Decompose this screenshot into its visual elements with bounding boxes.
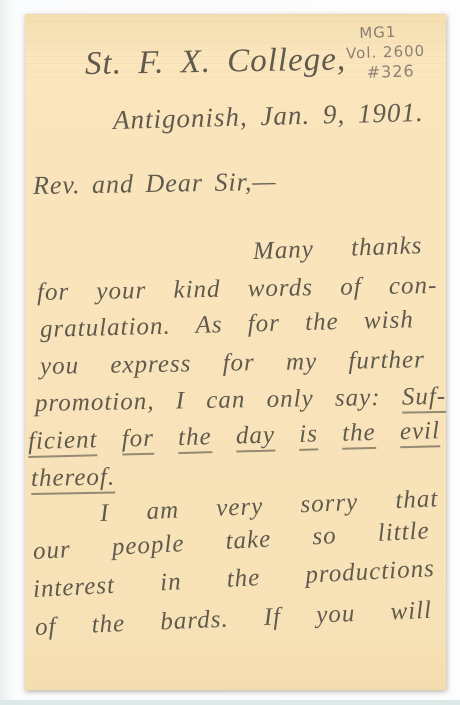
- letter-line-text: you express for my further: [40, 346, 425, 380]
- underlined-word: is: [299, 420, 318, 450]
- underlined-word: for: [121, 425, 154, 456]
- letter-body: Many thanksfor your kind words of con-gr…: [25, 14, 446, 690]
- underlined-word: day: [236, 422, 276, 453]
- underlined-word: thereof.: [31, 464, 116, 495]
- letter-line: Many thanks: [253, 232, 423, 265]
- letter-line-text: promotion, I can only say:: [35, 384, 402, 417]
- underlined-word: evil: [400, 417, 441, 448]
- letter-line-text: gratulation. As for the wish: [40, 306, 414, 343]
- letter-line: for your kind words of con-: [37, 272, 438, 306]
- letter-line: of the bards. If you will: [34, 597, 432, 642]
- letter-line: you express for my further: [40, 346, 425, 380]
- letter-line: promotion, I can only say: Suf-: [35, 383, 447, 418]
- letter-paper: MG1 Vol. 2600 #326 St. F. X. College, An…: [25, 14, 446, 690]
- letter-line-text: of the bards. If you will: [34, 597, 432, 641]
- scan-background: MG1 Vol. 2600 #326 St. F. X. College, An…: [0, 0, 460, 705]
- underlined-word: the: [342, 419, 376, 450]
- letter-line: gratulation. As for the wish: [40, 306, 414, 343]
- scan-edge: [0, 700, 460, 705]
- letter-line-text: Many thanks: [253, 232, 423, 265]
- letter-line-text: for your kind words of con-: [37, 272, 438, 306]
- underlined-word: ficient: [28, 426, 98, 458]
- underlined-word: Suf-: [402, 383, 447, 414]
- letter-line: thereof.: [31, 464, 116, 493]
- underlined-word: the: [178, 423, 212, 454]
- letter-line: ficient for the day is the evil: [28, 417, 441, 455]
